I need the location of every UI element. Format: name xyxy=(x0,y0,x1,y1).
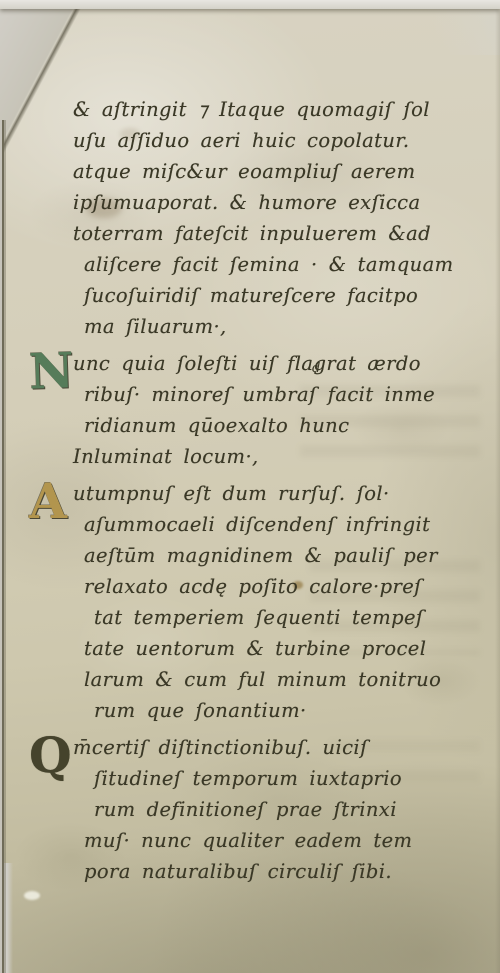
text-line: uſu aſſiduo aeri huic copolatur. xyxy=(73,125,457,156)
text-line: utumpnuſ eſt dum rurſuſ. ſol· xyxy=(73,478,457,509)
text-line: unc quia ſoleſti uiſ flagrat ærdo xyxy=(73,348,457,379)
text-line: aſummocaeli diſcendenſ infringit xyxy=(73,509,457,540)
text-line: larum & cum ful minum tonitruo xyxy=(73,664,457,695)
text-line: Inluminat locum·, xyxy=(73,441,457,472)
text-line: ſitudineſ temporum iuxtaprio xyxy=(73,763,457,794)
page-edge-top xyxy=(0,0,500,9)
text-line: toterram fateſcit inpuluerem &ad xyxy=(73,218,457,249)
text-line: atque miſc&ur eoampliuſ aerem xyxy=(73,156,457,187)
text-line: aliſcere facit ſemina · & tamquam xyxy=(73,249,457,280)
text-block: & aſtringit ⁊ Itaque quomagiſ ſol uſu aſ… xyxy=(73,94,457,887)
paragraph-4: Q m̄certiſ diſtinctionibuſ. uiciſ ſitudi… xyxy=(73,732,457,887)
paragraph-2: N unc quia ſoleſti uiſ flagrat ærdo ribu… xyxy=(73,348,457,472)
text-line: muſ· nunc qualiter eadem tem xyxy=(73,825,457,856)
page-edge-left xyxy=(0,120,7,973)
illuminated-initial-q: Q xyxy=(29,727,73,783)
text-line: ma ſiluarum·, xyxy=(73,311,457,342)
paragraph-3: A utumpnuſ eſt dum rurſuſ. ſol· aſummoca… xyxy=(73,478,457,726)
text-line: pora naturalibuſ circuliſ ſibi. xyxy=(73,856,457,887)
illuminated-initial-n: N xyxy=(28,342,74,400)
text-line: ipſumuaporat. & humore exſicca xyxy=(73,187,457,218)
text-line: relaxato acdę poſito calore·preſ xyxy=(73,571,457,602)
text-line: tate uentorum & turbine procel xyxy=(73,633,457,664)
text-line: & aſtringit ⁊ Itaque quomagiſ ſol xyxy=(73,94,457,125)
illuminated-initial-a: A xyxy=(29,473,73,529)
text-line: rum definitioneſ prae ſtrinxi xyxy=(73,794,457,825)
parchment-fleck xyxy=(24,891,40,900)
text-line: rum que ſonantium· xyxy=(73,695,457,726)
page-edge-right xyxy=(495,0,500,973)
text-line: ſucoſuiridiſ matureſcere facitpo xyxy=(73,280,457,311)
manuscript-page-scan: d & aſtringit ⁊ Itaque quomagiſ ſol uſu … xyxy=(0,0,500,973)
paragraph-1: & aſtringit ⁊ Itaque quomagiſ ſol uſu aſ… xyxy=(73,94,457,342)
text-line: tat temperiem ſequenti tempeſ xyxy=(73,602,457,633)
text-line: aeſtūm magnidinem & pauliſ per xyxy=(73,540,457,571)
text-line: m̄certiſ diſtinctionibuſ. uiciſ xyxy=(73,732,457,763)
text-line: ridianum qūoexalto hunc xyxy=(73,410,457,441)
text-line: ribuſ· minoreſ umbraſ facit inme xyxy=(73,379,457,410)
page-corner-top-left xyxy=(0,0,100,155)
